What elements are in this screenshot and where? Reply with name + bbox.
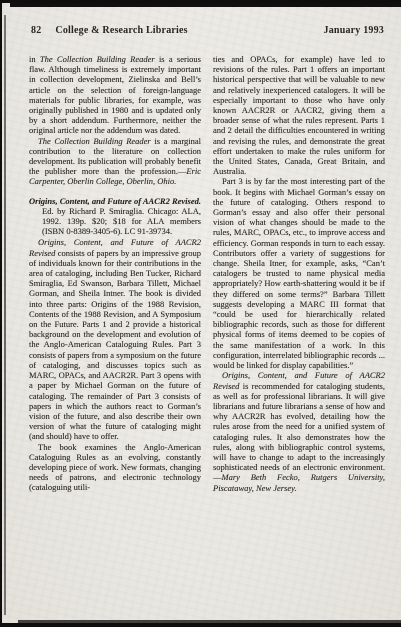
cited-book-title: Origins, Content, and Future of AACR2 Re… <box>29 196 201 206</box>
review-body-paragraph: The book examines the Anglo-American Cat… <box>29 442 201 493</box>
text-run: The book examines the Anglo-American Cat… <box>29 442 201 493</box>
review-body-paragraph: Part 3 is by far the most interesting pa… <box>213 176 385 370</box>
journal-title: College & Research Libraries <box>55 25 187 36</box>
review-closing-paragraph: Origins, Content, and Future of AACR2 Re… <box>213 370 385 492</box>
review-paragraph-continuation: ties and OPACs, for example) have led to… <box>213 54 385 176</box>
left-column: in The Collection Building Reader is a s… <box>29 54 201 493</box>
running-header: 82 College & Research Libraries January … <box>31 25 384 36</box>
citation-details: Ed. by Richard P. Smiraglia. Chicago: AL… <box>42 206 201 236</box>
reviewer-signature: Mary Beth Fecko, Rutgers University, Pis… <box>213 472 385 492</box>
two-column-body: in The Collection Building Reader is a s… <box>29 54 385 493</box>
text-run: is a serious flaw. Although timeliness i… <box>29 54 201 135</box>
right-column: ties and OPACs, for example) have led to… <box>213 54 385 493</box>
review-body-paragraph: Origins, Content, and Future of AACR2 Re… <box>29 237 201 441</box>
text-run: Part 3 is by far the most interesting pa… <box>213 176 385 370</box>
book-title: The Collection Building Reader <box>40 54 155 64</box>
text-run: is recommended for cataloging students, … <box>213 381 385 483</box>
scan-edge-left <box>4 15 6 615</box>
text-run: consists of papers by an impressive grou… <box>29 248 201 442</box>
text-run: in <box>29 54 40 64</box>
journal-page: 82 College & Research Libraries January … <box>2 3 401 623</box>
book-citation-block: Origins, Content, and Future of AACR2 Re… <box>29 196 201 237</box>
page-number: 82 <box>31 25 41 36</box>
scan-edge-bottom <box>18 620 401 623</box>
book-title: The Collection Building Reader <box>38 136 151 146</box>
text-run: ties and OPACs, for example) have led to… <box>213 54 385 176</box>
review-paragraph-continuation: in The Collection Building Reader is a s… <box>29 54 201 136</box>
review-closing-paragraph: The Collection Building Reader is a marg… <box>29 136 201 187</box>
issue-date: January 1993 <box>324 25 384 36</box>
scan-edge-top <box>10 3 401 7</box>
